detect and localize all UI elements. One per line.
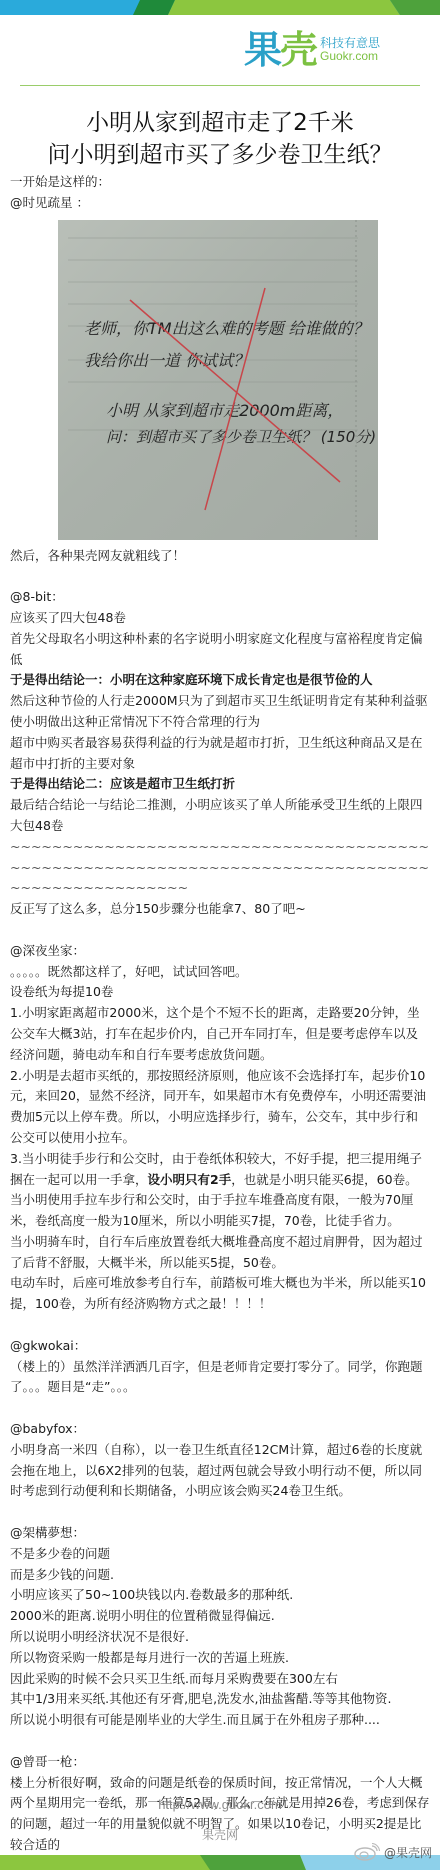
reply-post: @架構夢想： 不是多少卷的问题 而是多少钱的问题. 小明应该买了50~100块钱… [10,1523,430,1731]
conclusion-two: 于是得出结论二：应该是超市卫生纸打折 [10,774,430,795]
reply-post: @深夜坐家： 。。。。。既然都这样了，好吧，试试回答吧。 设卷纸为每提10卷 1… [10,941,430,1315]
post-author[interactable]: @曾哥一枪： [10,1752,430,1773]
weibo-handle: @果壳网 [384,1844,432,1861]
after-photo-text: 然后，各种果壳网友就粗线了！ [10,546,430,567]
intro-text: 一开始是这样的： [10,172,430,193]
title-line-2: 问小明到超市买了多少卷卫生纸？ [0,139,440,171]
guokr-logo[interactable]: 果壳 科技有意思 Guokr.com [244,31,380,69]
reply-post: @babyfox： 小明身高一米四（自称），以一卷卫生纸直径12CM计算，超过6… [10,1419,430,1502]
weibo-watermark: @果壳网 [354,1843,432,1861]
logo-text: 科技有意思 Guokr.com [320,37,380,62]
reply-post: @8-bit： 应该买了四大包48卷 首先父母取名小明这种朴素的名字说明小明家庭… [10,587,430,920]
top-decorative-banner [0,0,440,15]
post-author[interactable]: @深夜坐家： [10,941,430,962]
handwriting-line-4: 问：到超市买了多少卷卫生纸？ (150分) [106,428,376,446]
post-author[interactable]: @8-bit： [10,587,430,608]
weibo-icon [354,1843,380,1861]
header-divider [20,85,420,86]
footer-url-link[interactable]: http://www.guokr.com [0,1797,440,1812]
reply-post: @gkwokai： （楼上的）虽然洋洋洒洒几百字，但是老师肯定要打零分了。同学，… [10,1336,430,1398]
exam-photo: 老师，你TM出这么难的考题 给谁做的？ 我给你出一道 你试试？ 小明 从家到超市… [58,220,378,540]
post-author[interactable]: @babyfox： [10,1419,430,1440]
title-line-1: 小明从家到超市走了2千米 [0,107,440,139]
page-title: 小明从家到超市走了2千米 问小明到超市买了多少卷卫生纸？ [0,107,440,171]
article-body: 一开始是这样的： @时见疏星 ： 老师，你TM出这么难的考题 给谁做的？ 我给你… [10,172,430,1856]
logo-mark: 果壳 [244,31,316,69]
handwriting-line-1: 老师，你TM出这么难的考题 给谁做的？ [84,319,369,338]
intro-author: @时见疏星 ： [10,193,430,214]
post-author[interactable]: @架構夢想： [10,1523,430,1544]
post-author[interactable]: @gkwokai： [10,1336,430,1357]
tilde-divider: ~~~~~~~~~~~~~~~~~~~~~~~~~~~~~~~~~~~~~~~~… [10,837,430,899]
conclusion-one: 于是得出结论一：小明在这种家庭环境下成长肯定也是很节俭的人 [10,670,430,691]
handwriting-line-2: 我给你出一道 你试试？ [84,351,249,370]
emphasis-two-hands: 设小明只有2手 [148,1172,232,1187]
logo-domain: Guokr.com [320,50,380,63]
footer-site-name: 果壳网 [0,1826,440,1843]
handwriting-line-3: 小明 从家到超市走2000m距离， [106,401,343,420]
